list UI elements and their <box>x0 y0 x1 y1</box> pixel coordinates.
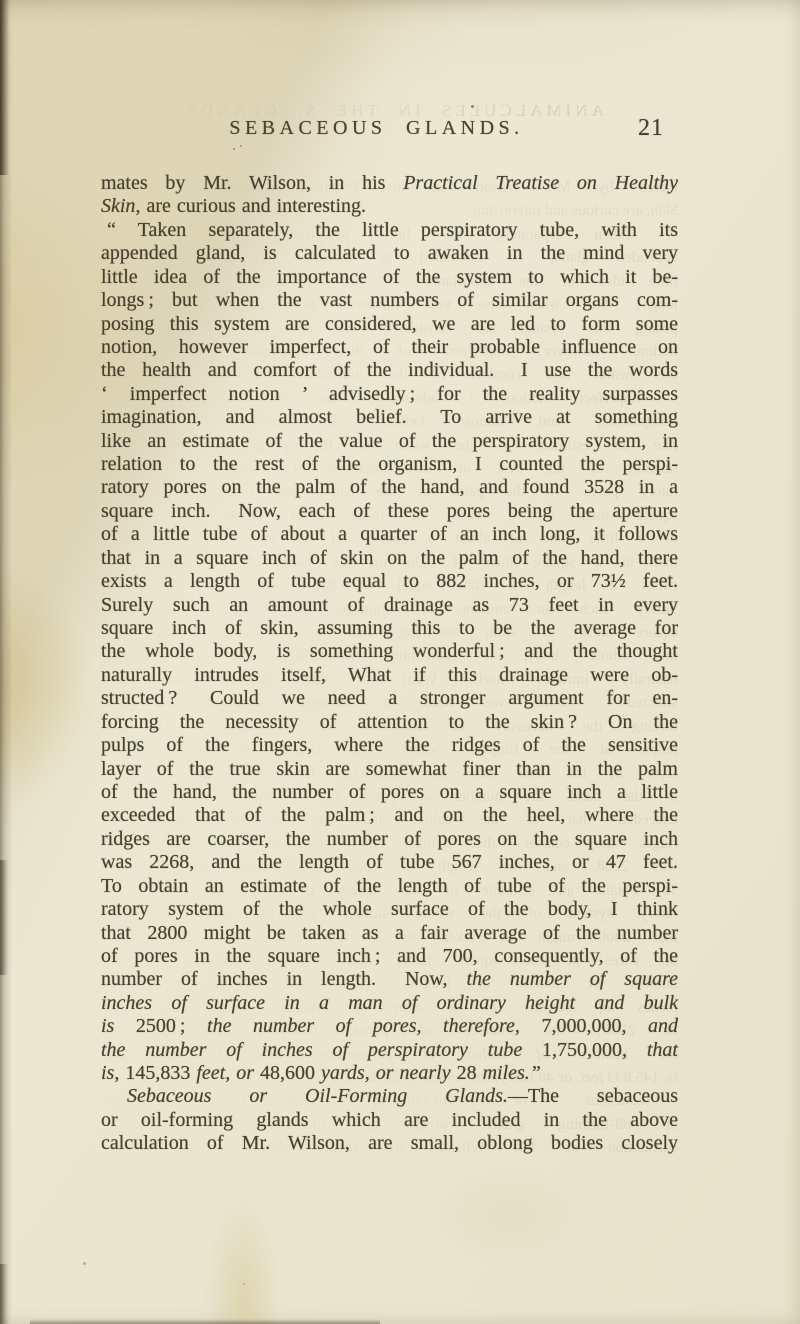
body-text: 2500 ; <box>136 1015 207 1037</box>
scan-edge-left <box>0 0 12 1324</box>
body-text: number of inches in length. Now, <box>101 968 466 990</box>
body-text: calculation of Mr. Wilson, are small, ob… <box>101 1132 678 1154</box>
running-header-title: SEBACEOUS GLANDS. <box>101 115 678 141</box>
text-line: or oil-forming glands which are included… <box>101 1109 678 1132</box>
body-text: , are curious and interesting. <box>135 195 366 217</box>
ink-speck <box>240 145 242 147</box>
text-line: longs ; but when the vast numbers of sim… <box>101 289 678 312</box>
body-text: 48,600 <box>260 1062 321 1084</box>
body-text: posing this system are considered, we ar… <box>101 313 678 335</box>
text-line: exceeded that of the palm ; and on the h… <box>101 804 678 827</box>
body-text: ‘ imperfect notion ’ advisedly ; for the… <box>101 383 678 405</box>
text-line: calculation of Mr. Wilson, are small, ob… <box>101 1132 678 1155</box>
body-text: was 2268, and the length of tube 567 inc… <box>101 851 678 873</box>
body-text: —The sebaceous <box>508 1085 678 1107</box>
text-line: Surely such an amount of drainage as 73 … <box>101 594 678 617</box>
text-line: ‘ imperfect notion ’ advisedly ; for the… <box>101 383 678 406</box>
italic-text: yards, or nearly <box>321 1062 457 1084</box>
body-text: square inch. Now, each of these pores be… <box>101 500 678 522</box>
body-text: square inch of skin, assuming this to be… <box>101 617 678 639</box>
body-text: the whole body, is something wonderful ;… <box>101 640 678 662</box>
text-line: little idea of the importance of the sys… <box>101 266 678 289</box>
running-header: SEBACEOUS GLANDS. 21 <box>101 115 678 141</box>
text-line: square inch. Now, each of these pores be… <box>101 500 678 523</box>
body-text: appended gland, is calculated to awaken … <box>101 242 678 264</box>
italic-text: the number of inches of perspiratory tub… <box>101 1039 542 1061</box>
body-text: “ Taken separately, the little perspirat… <box>107 219 678 241</box>
body-text: 28 <box>457 1062 483 1084</box>
italic-text: feet, or <box>196 1062 260 1084</box>
body-text: of a little tube of about a quarter of a… <box>101 523 678 545</box>
scan-edge-bottom <box>30 1319 380 1324</box>
body-text: structed ? Could we need a stronger argu… <box>101 687 678 709</box>
text-column: mates by Mr. Wilson, in his Practical Tr… <box>101 172 678 1156</box>
text-line: is, 145,833 feet, or 48,600 yards, or ne… <box>101 1062 678 1085</box>
ink-speck <box>471 105 474 108</box>
text-line: that in a square inch of skin on the pal… <box>101 547 678 570</box>
text-line: was 2268, and the length of tube 567 inc… <box>101 851 678 874</box>
text-line: square inch of skin, assuming this to be… <box>101 617 678 640</box>
body-text: Surely such an amount of drainage as 73 … <box>101 594 678 616</box>
italic-text: that <box>647 1039 678 1061</box>
text-line: ratory pores on the palm of the hand, an… <box>101 476 678 499</box>
text-line: notion, however imperfect, of their prob… <box>101 336 678 359</box>
body-text: that in a square inch of skin on the pal… <box>101 547 678 569</box>
body-text: forcing the necessity of attention to th… <box>101 711 678 733</box>
text-line: pulps of the fingers, where the ridges o… <box>101 734 678 757</box>
body-text: of pores in the square inch ; and 700, c… <box>101 945 678 967</box>
text-line: ridges are coarser, the number of pores … <box>101 828 678 851</box>
text-line: “ Taken separately, the little perspirat… <box>101 219 678 242</box>
italic-text: inches of surface in a man of ordinary h… <box>101 992 678 1014</box>
text-line: Sebaceous or Oil-Forming Glands.—The seb… <box>101 1085 678 1108</box>
italic-text: is <box>101 1015 136 1037</box>
text-line: of a little tube of about a quarter of a… <box>101 523 678 546</box>
text-line: structed ? Could we need a stronger argu… <box>101 687 678 710</box>
text-line: To obtain an estimate of the length of t… <box>101 875 678 898</box>
italic-text: Practical Treatise on Healthy <box>403 172 678 194</box>
scan-edge-left-bottom <box>0 1264 8 1324</box>
body-text: 7,000,000, <box>541 1015 648 1037</box>
text-line: like an estimate of the value of the per… <box>101 430 678 453</box>
body-text: notion, however imperfect, of their prob… <box>101 336 678 358</box>
body-text: pulps of the fingers, where the ridges o… <box>101 734 678 756</box>
text-line: appended gland, is calculated to awaken … <box>101 242 678 265</box>
text-line: of pores in the square inch ; and 700, c… <box>101 945 678 968</box>
body-text: naturally intrudes itself, What if this … <box>101 664 678 686</box>
body-text: exists a length of tube equal to 882 inc… <box>101 570 678 592</box>
foxing-speck <box>243 1283 245 1285</box>
italic-text: and <box>648 1015 678 1037</box>
body-text: of the hand, the number of pores on a sq… <box>101 781 678 803</box>
scan-edge-left-mid <box>0 860 8 975</box>
body-text: longs ; but when the vast numbers of sim… <box>101 289 678 311</box>
text-line: the whole body, is something wonderful ;… <box>101 640 678 663</box>
text-line: ratory system of the whole surface of th… <box>101 898 678 921</box>
foxing-speck <box>83 1262 86 1265</box>
body-text: mates by Mr. Wilson, in his <box>101 172 403 194</box>
text-line: Skin, are curious and interesting. <box>101 195 678 218</box>
text-line: number of inches in length. Now, the num… <box>101 968 678 991</box>
italic-text: Sebaceous or Oil-Forming Glands. <box>127 1085 508 1107</box>
body-text: ratory system of the whole surface of th… <box>101 898 678 920</box>
text-line: naturally intrudes itself, What if this … <box>101 664 678 687</box>
italic-text: the number of square <box>466 968 678 990</box>
body-text: or oil-forming glands which are included… <box>101 1109 678 1131</box>
text-line: the number of inches of perspiratory tub… <box>101 1039 678 1062</box>
body-text: that 2800 might be taken as a fair avera… <box>101 922 678 944</box>
text-line: mates by Mr. Wilson, in his Practical Tr… <box>101 172 678 195</box>
text-line: inches of surface in a man of ordinary h… <box>101 992 678 1015</box>
text-line: imagination, and almost belief. To arriv… <box>101 406 678 429</box>
text-line: of the hand, the number of pores on a sq… <box>101 781 678 804</box>
ink-speck <box>233 148 235 150</box>
text-line: forcing the necessity of attention to th… <box>101 711 678 734</box>
text-line: exists a length of tube equal to 882 inc… <box>101 570 678 593</box>
body-text: relation to the rest of the organism, I … <box>101 453 678 475</box>
text-line: that 2800 might be taken as a fair avera… <box>101 922 678 945</box>
body-text: exceeded that of the palm ; and on the h… <box>101 804 678 826</box>
body-text: ratory pores on the palm of the hand, an… <box>101 476 678 498</box>
italic-text: is, <box>101 1062 125 1084</box>
text-line: posing this system are considered, we ar… <box>101 313 678 336</box>
body-text: ridges are coarser, the number of pores … <box>101 828 678 850</box>
text-line: relation to the rest of the organism, I … <box>101 453 678 476</box>
body-text: To obtain an estimate of the length of t… <box>101 875 678 897</box>
text-line: the health and comfort of the individual… <box>101 359 678 382</box>
italic-text: Skin <box>101 195 135 217</box>
page-number: 21 <box>638 115 664 141</box>
body-text: imagination, and almost belief. To arriv… <box>101 406 678 428</box>
body-text: little idea of the importance of the sys… <box>101 266 678 288</box>
book-page: ANIMALCULES IN THE S. GLANDS. mates by M… <box>0 0 800 1324</box>
text-line: is 2500 ; the number of pores, therefore… <box>101 1015 678 1038</box>
italic-text: miles.” <box>483 1062 541 1084</box>
body-text: layer of the true skin are somewhat fine… <box>101 758 678 780</box>
body-text: 1,750,000, <box>542 1039 647 1061</box>
italic-text: the number of pores, therefore, <box>207 1015 541 1037</box>
body-text: like an estimate of the value of the per… <box>101 430 678 452</box>
scan-edge-left-top <box>0 0 9 175</box>
body-text: 145,833 <box>125 1062 196 1084</box>
text-line: layer of the true skin are somewhat fine… <box>101 758 678 781</box>
body-text: the health and comfort of the individual… <box>101 359 678 381</box>
